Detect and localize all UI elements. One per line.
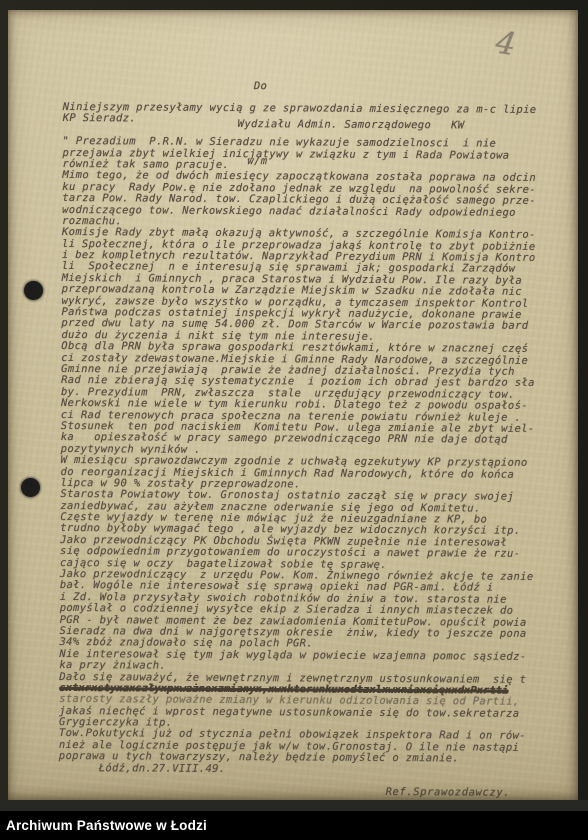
handwritten-page-number: 4 [492,25,529,73]
archive-watermark-bar: Archiwum Państwowe w Łodzi [0,811,588,840]
document-content: 4 Do Wydziału Admin. Samorządowego KW w/… [8,10,578,800]
recipient-line-do: Do [238,80,465,94]
document-page: 4 Do Wydziału Admin. Samorządowego KW w/… [8,10,578,800]
document-line: Ref.Sprawozdawczy. [59,785,564,799]
scan-background: 4 Do Wydziału Admin. Samorządowego KW w/… [0,0,588,840]
archive-watermark-text: Archiwum Państwowe w Łodzi [0,818,207,833]
document-body: Niniejszym przesyłamy wycią g ze sprawoz… [59,102,568,800]
hole-punch-top [24,281,43,300]
hole-punch-bottom [21,478,40,497]
